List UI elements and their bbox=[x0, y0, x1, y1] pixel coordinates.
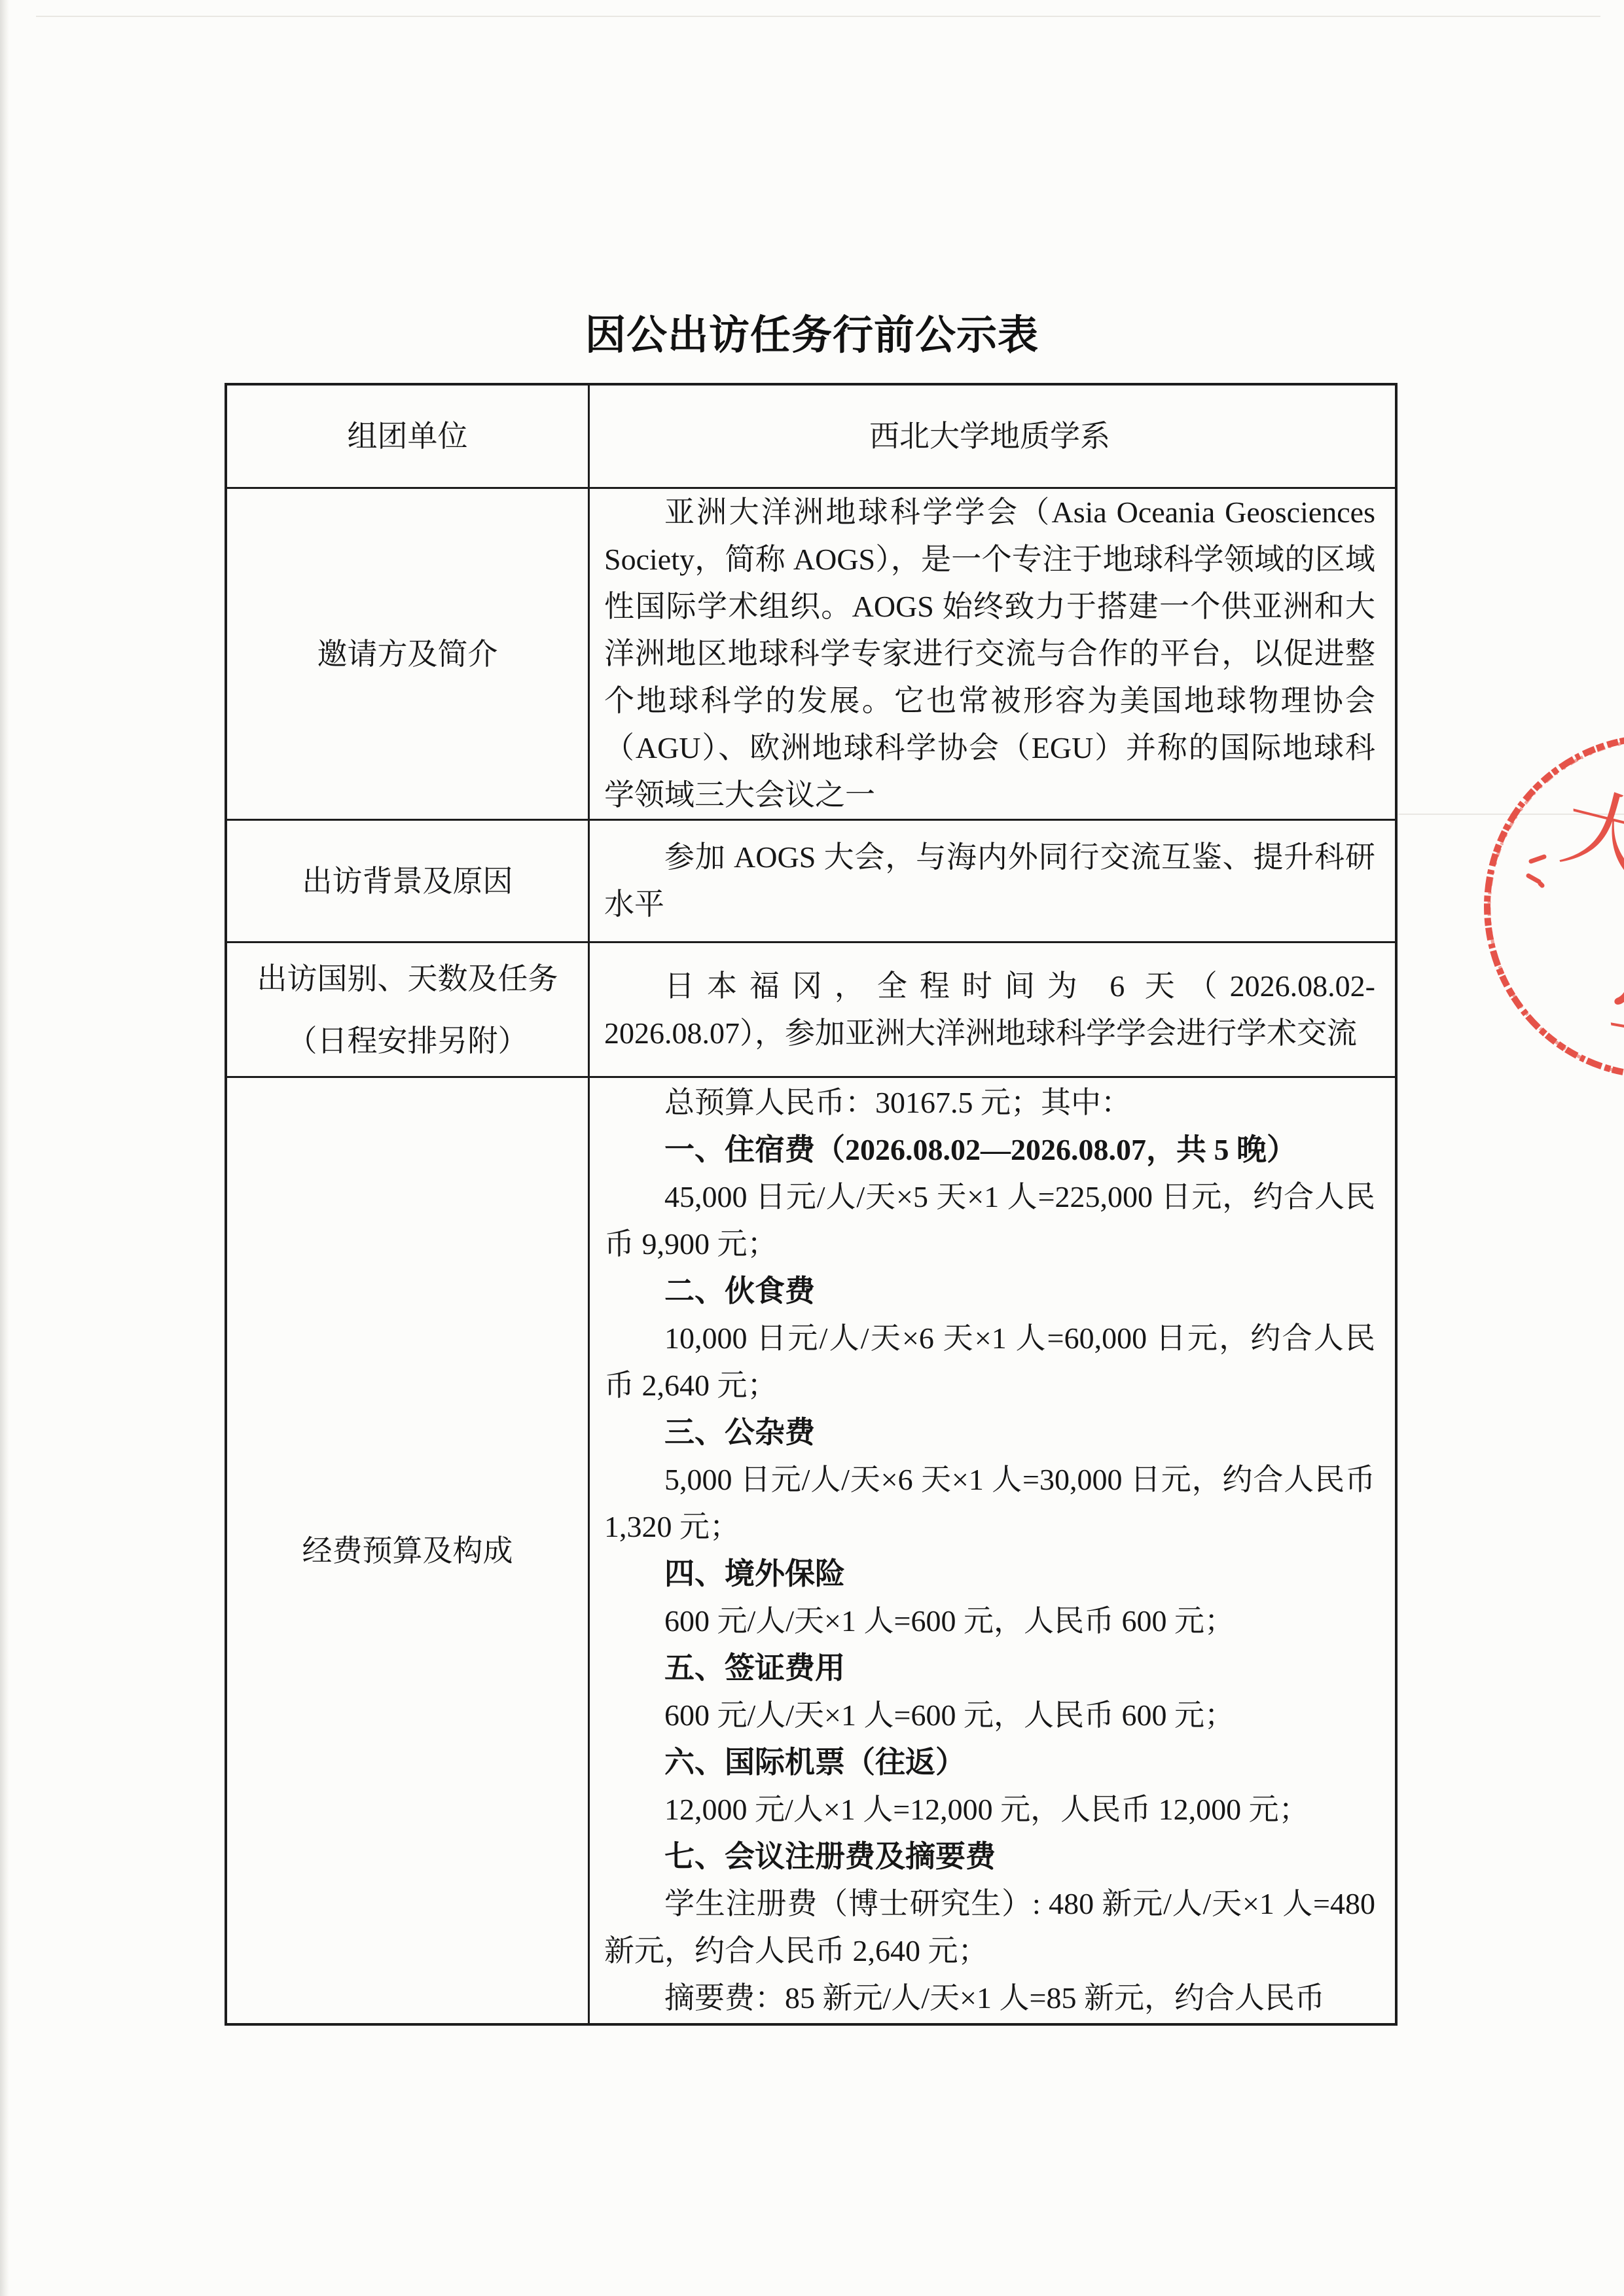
cell-paragraph: 参加 AOGS 大会，与海内外同行交流互鉴、提升科研水平 bbox=[604, 834, 1375, 928]
budget-item-heading: 四、境外保险 bbox=[604, 1551, 1375, 1598]
row-content: 日本福冈，全程时间为 6 天（2026.08.02-2026.08.07），参加… bbox=[590, 943, 1395, 1076]
budget-item-heading: 五、签证费用 bbox=[604, 1645, 1375, 1692]
page-title: 因公出访任务行前公示表 bbox=[0, 302, 1624, 361]
table-row: 出访背景及原因 参加 AOGS 大会，与海内外同行交流互鉴、提升科研水平 bbox=[227, 819, 1395, 941]
cell-paragraph: 10,000 日元/人/天×6 天×1 人=60,000 日元，约合人民币 2,… bbox=[604, 1315, 1375, 1409]
red-stamp: 大 学 bbox=[1467, 720, 1624, 1086]
pretrip-disclosure-table: 组团单位 西北大学地质学系 邀请方及简介 亚洲大洋洲地球科学学会（Asia Oc… bbox=[225, 383, 1398, 2026]
row-label: 出访国别、天数及任务（日程安排另附） bbox=[227, 943, 590, 1076]
table-row: 出访国别、天数及任务（日程安排另附） 日本福冈，全程时间为 6 天（2026.0… bbox=[227, 941, 1395, 1076]
cell-paragraph: 45,000 日元/人/天×5 天×1 人=225,000 日元，约合人民币 9… bbox=[604, 1174, 1375, 1268]
row-label-line: 组团单位 bbox=[348, 405, 468, 467]
cell-paragraph: 600 元/人/天×1 人=600 元，人民币 600 元； bbox=[604, 1692, 1375, 1739]
scanned-document-page: 因公出访任务行前公示表 组团单位 西北大学地质学系 邀请方及简介 亚洲大洋洲地球… bbox=[0, 0, 1624, 2296]
budget-item-heading: 七、会议注册费及摘要费 bbox=[604, 1833, 1375, 1880]
row-content: 参加 AOGS 大会，与海内外同行交流互鉴、提升科研水平 bbox=[590, 821, 1395, 941]
row-label-line: 出访国别、天数及任务 bbox=[257, 948, 558, 1010]
cell-paragraph: 西北大学地质学系 bbox=[604, 413, 1375, 460]
row-label-line: 经费预算及构成 bbox=[302, 1520, 513, 1582]
table-row: 邀请方及简介 亚洲大洋洲地球科学学会（Asia Oceania Geoscien… bbox=[227, 487, 1395, 819]
row-label: 经费预算及构成 bbox=[227, 1078, 590, 2023]
row-label: 邀请方及简介 bbox=[227, 489, 590, 819]
table-row: 组团单位 西北大学地质学系 bbox=[227, 386, 1395, 487]
row-content: 亚洲大洋洲地球科学学会（Asia Oceania Geosciences Soc… bbox=[590, 489, 1395, 819]
row-content: 总预算人民币：30167.5 元；其中：一、住宿费（2026.08.02—202… bbox=[590, 1078, 1395, 2023]
row-label-line: 出访背景及原因 bbox=[302, 850, 513, 912]
cell-paragraph: 学生注册费（博士研究生）: 480 新元/人/天×1 人=480 新元，约合人民… bbox=[604, 1880, 1375, 1975]
cell-paragraph: 5,000 日元/人/天×6 天×1 人=30,000 日元，约合人民币 1,3… bbox=[604, 1456, 1375, 1551]
cell-paragraph: 亚洲大洋洲地球科学学会（Asia Oceania Geosciences Soc… bbox=[604, 489, 1375, 819]
cell-paragraph: 12,000 元/人×1 人=12,000 元，人民币 12,000 元； bbox=[604, 1786, 1375, 1833]
stamp-character-bottom: 学 bbox=[1598, 958, 1624, 1083]
row-label-line: 邀请方及简介 bbox=[317, 623, 498, 685]
budget-item-heading: 三、公杂费 bbox=[604, 1409, 1375, 1456]
row-content: 西北大学地质学系 bbox=[590, 386, 1395, 487]
cell-paragraph: 摘要费：85 新元/人/天×1 人=85 新元，约合人民币 bbox=[604, 1975, 1375, 2022]
stamp-ink-specks bbox=[1528, 857, 1544, 886]
budget-item-heading: 六、国际机票（往返） bbox=[604, 1739, 1375, 1786]
cell-paragraph: 总预算人民币：30167.5 元；其中： bbox=[604, 1079, 1375, 1126]
cell-paragraph: 日本福冈，全程时间为 6 天（2026.08.02-2026.08.07），参加… bbox=[604, 963, 1375, 1057]
row-label: 组团单位 bbox=[227, 386, 590, 487]
scan-artifact-top-line bbox=[36, 16, 1600, 17]
stamp-character-top: 大 bbox=[1553, 777, 1624, 894]
cell-paragraph: 600 元/人/天×1 人=600 元，人民币 600 元； bbox=[604, 1598, 1375, 1645]
table-row: 经费预算及构成 总预算人民币：30167.5 元；其中：一、住宿费（2026.0… bbox=[227, 1076, 1395, 2023]
budget-item-heading: 二、伙食费 bbox=[604, 1268, 1375, 1315]
row-label: 出访背景及原因 bbox=[227, 821, 590, 941]
row-label-line: （日程安排另附） bbox=[287, 1010, 528, 1072]
budget-item-heading: 一、住宿费（2026.08.02—2026.08.07，共 5 晚） bbox=[604, 1126, 1375, 1174]
